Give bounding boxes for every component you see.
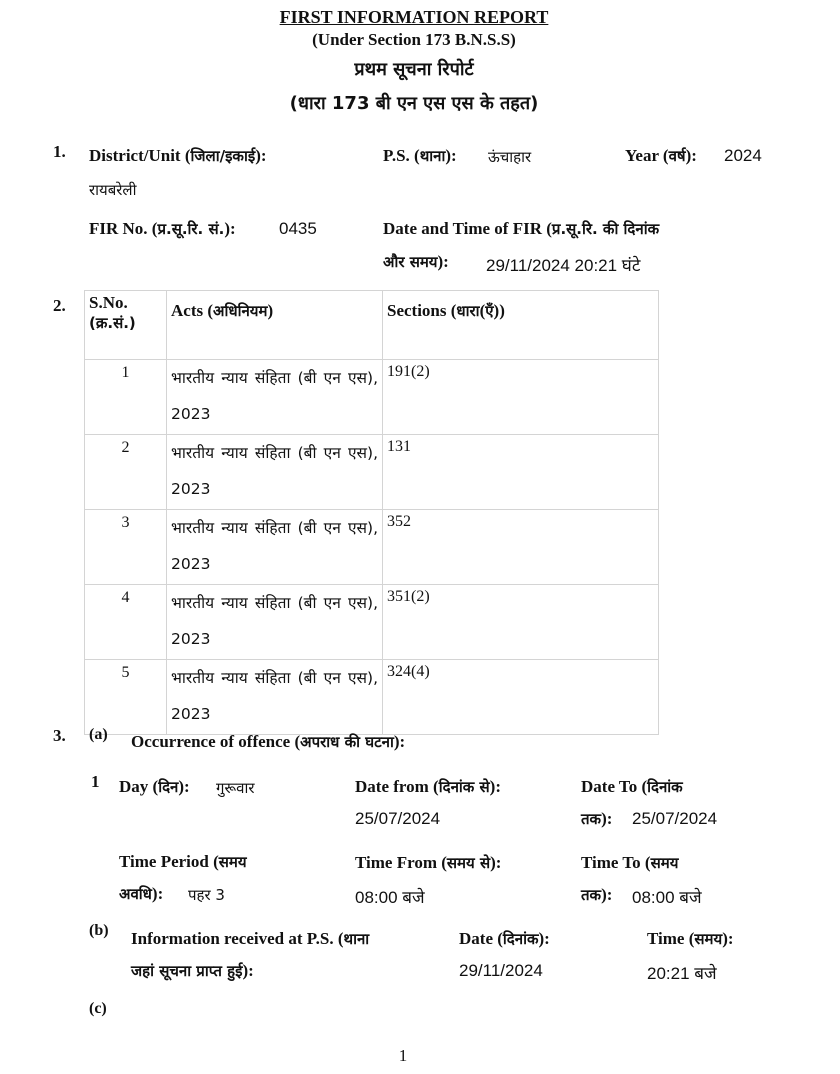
- serial-number-cell: 5: [85, 660, 167, 735]
- serial-number-cell: 1: [85, 360, 167, 435]
- serial-number-cell: 4: [85, 585, 167, 660]
- document-title: FIRST INFORMATION REPORT: [0, 7, 828, 28]
- section-3-number: 3.: [53, 726, 66, 746]
- date-from-value: 25/07/2024: [355, 809, 440, 829]
- day-label: Day (दिन):: [119, 777, 190, 797]
- act-cell: भारतीय न्याय संहिता (बी एन एस), 2023: [167, 510, 383, 585]
- subsection-a-marker: (a): [89, 726, 108, 744]
- table-row: 2भारतीय न्याय संहिता (बी एन एस), 2023131: [85, 435, 659, 510]
- fir-datetime-label-cont: और समय):: [383, 252, 449, 272]
- info-date-value: 29/11/2024: [459, 961, 543, 981]
- info-date-label: Date (दिनांक):: [459, 929, 550, 949]
- info-time-label: Time (समय):: [647, 929, 734, 949]
- police-station-value: ऊंचाहार: [488, 147, 531, 167]
- info-time-value: 20:21 बजे: [647, 961, 717, 984]
- sno-header-hindi: (क्र.सं.): [89, 313, 162, 333]
- police-station-label: P.S. (थाना):: [383, 146, 457, 166]
- subsection-c-marker: (c): [89, 1000, 107, 1018]
- act-cell: भारतीय न्याय संहिता (बी एन एस), 2023: [167, 360, 383, 435]
- date-to-value: 25/07/2024: [632, 809, 717, 829]
- document-title-hindi: प्रथम सूचना रिपोर्ट: [0, 57, 828, 81]
- date-from-label: Date from (दिनांक से):: [355, 777, 501, 797]
- subsection-b-marker: (b): [89, 922, 109, 940]
- time-to-value: 08:00 बजे: [632, 885, 702, 908]
- act-cell: भारतीय न्याय संहिता (बी एन एस), 2023: [167, 435, 383, 510]
- fir-datetime-value: 29/11/2024 20:21 घंटे: [486, 253, 640, 276]
- acts-sections-table: S.No. (क्र.सं.) Acts (अधिनियम) Sections …: [84, 290, 659, 735]
- date-to-label-cont: तक):: [581, 809, 612, 829]
- table-row: 1भारतीय न्याय संहिता (बी एन एस), 2023191…: [85, 360, 659, 435]
- time-period-label-cont: अवधि):: [119, 884, 163, 904]
- column-header-acts: Acts (अधिनियम): [167, 291, 383, 360]
- page-number: 1: [0, 1046, 806, 1066]
- act-cell: भारतीय न्याय संहिता (बी एन एस), 2023: [167, 660, 383, 735]
- document-subtitle-hindi: (धारा 173 बी एन एस एस के तहत): [0, 91, 828, 115]
- table-header-row: S.No. (क्र.सं.) Acts (अधिनियम) Sections …: [85, 291, 659, 360]
- time-to-label-cont: तक):: [581, 885, 612, 905]
- info-received-label: Information received at P.S. (थाना: [131, 929, 369, 949]
- serial-number-cell: 3: [85, 510, 167, 585]
- fir-number-label: FIR No. (प्र.सू.रि. सं.):: [89, 219, 236, 239]
- table-row: 3भारतीय न्याय संहिता (बी एन एस), 2023352: [85, 510, 659, 585]
- sno-header-label: S.No.: [89, 293, 162, 313]
- district-label: District/Unit (जिला/इकाई):: [89, 146, 267, 166]
- section-1-number: 1.: [53, 142, 66, 162]
- column-header-sno: S.No. (क्र.सं.): [85, 291, 167, 360]
- section-cell: 324(4): [383, 660, 659, 735]
- day-value: गुरूवार: [216, 778, 254, 798]
- column-header-sections: Sections (धारा(एँ)): [383, 291, 659, 360]
- section-2-number: 2.: [53, 296, 66, 316]
- time-from-label: Time From (समय से):: [355, 853, 501, 873]
- time-from-value: 08:00 बजे: [355, 885, 425, 908]
- info-received-label-cont: जहां सूचना प्राप्त हुई):: [131, 961, 254, 981]
- year-value: 2024: [724, 146, 762, 166]
- table-row: 5भारतीय न्याय संहिता (बी एन एस), 2023324…: [85, 660, 659, 735]
- section-cell: 191(2): [383, 360, 659, 435]
- time-to-label: Time To (समय: [581, 853, 678, 873]
- occurrence-item-number: 1: [91, 772, 100, 792]
- date-to-label: Date To (दिनांक: [581, 777, 683, 797]
- table-row: 4भारतीय न्याय संहिता (बी एन एस), 2023351…: [85, 585, 659, 660]
- fir-datetime-label: Date and Time of FIR (प्र.सू.रि. की दिना…: [383, 219, 659, 239]
- fir-number-value: 0435: [279, 219, 317, 239]
- act-cell: भारतीय न्याय संहिता (बी एन एस), 2023: [167, 585, 383, 660]
- document-subtitle: (Under Section 173 B.N.S.S): [0, 30, 828, 50]
- year-label: Year (वर्ष):: [625, 146, 697, 166]
- time-period-value: पहर 3: [188, 885, 225, 905]
- section-cell: 352: [383, 510, 659, 585]
- section-cell: 131: [383, 435, 659, 510]
- occurrence-title: Occurrence of offence (अपराध की घटना):: [131, 732, 405, 752]
- time-period-label: Time Period (समय: [119, 852, 247, 872]
- district-value: रायबरेली: [89, 180, 136, 200]
- serial-number-cell: 2: [85, 435, 167, 510]
- section-cell: 351(2): [383, 585, 659, 660]
